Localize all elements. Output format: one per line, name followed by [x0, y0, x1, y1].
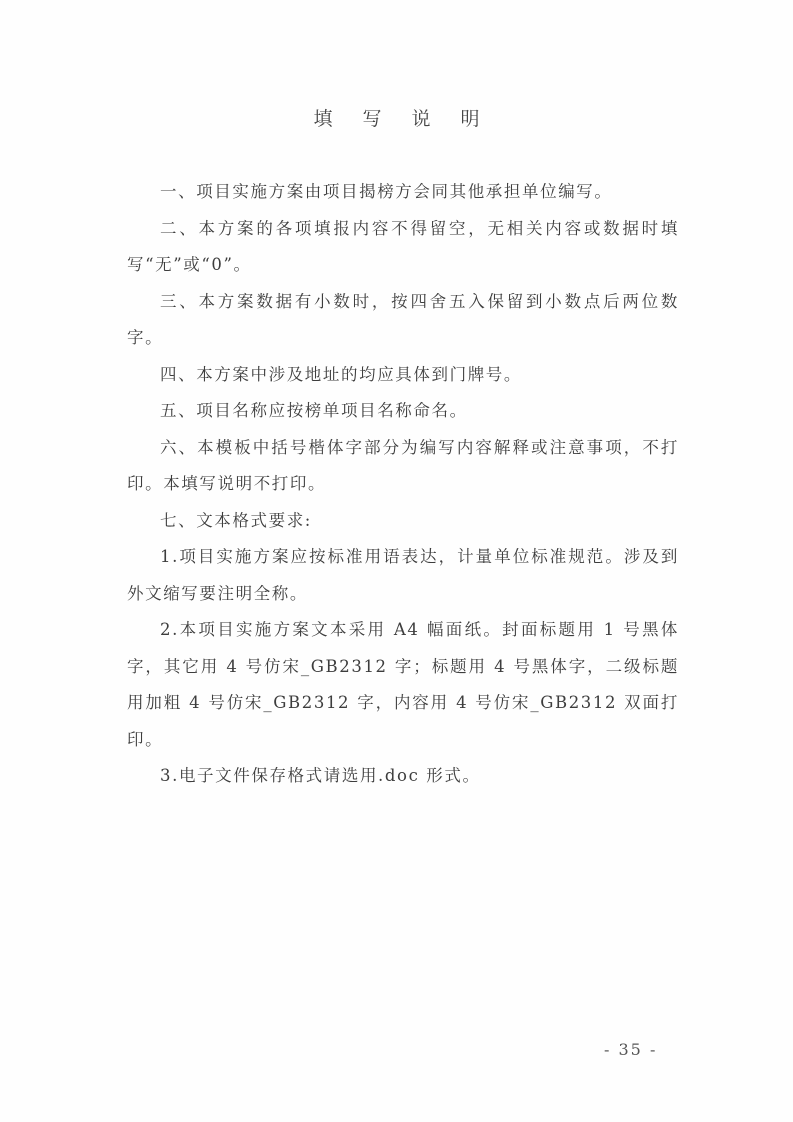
document-page: 填写说明 一、项目实施方案由项目揭榜方会同其他承担单位编写。 二、本方案的各项填…	[0, 0, 793, 1122]
format-item-2: 2.本项目实施方案文本采用 A4 幅面纸。封面标题用 1 号黑体字，其它用 4 …	[127, 612, 679, 758]
format-item-1: 1.项目实施方案应按标准用语表达，计量单位标准规范。涉及到外文缩写要注明全称。	[127, 539, 679, 612]
paragraph-3: 三、本方案数据有小数时，按四舍五入保留到小数点后两位数字。	[127, 284, 679, 357]
paragraph-4: 四、本方案中涉及地址的均应具体到门牌号。	[127, 357, 679, 394]
paragraph-7: 七、文本格式要求:	[127, 503, 679, 540]
instructions-body: 一、项目实施方案由项目揭榜方会同其他承担单位编写。 二、本方案的各项填报内容不得…	[127, 174, 679, 795]
paragraph-5: 五、项目名称应按榜单项目名称命名。	[127, 393, 679, 430]
paragraph-1: 一、项目实施方案由项目揭榜方会同其他承担单位编写。	[127, 174, 679, 211]
page-number: - 35 -	[604, 1040, 657, 1059]
paragraph-6: 六、本模板中括号楷体字部分为编写内容解释或注意事项，不打印。本填写说明不打印。	[127, 430, 679, 503]
format-item-3: 3.电子文件保存格式请选用.doc 形式。	[127, 758, 679, 795]
paragraph-2: 二、本方案的各项填报内容不得留空，无相关内容或数据时填写“无”或“0”。	[127, 211, 679, 284]
page-title: 填写说明	[0, 104, 793, 131]
